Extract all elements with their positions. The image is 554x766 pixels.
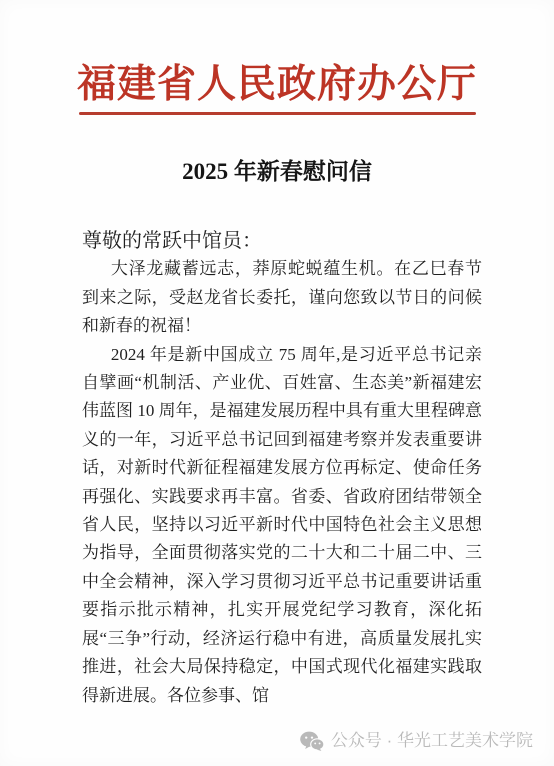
wechat-icon [300, 731, 324, 751]
doc-title: 2025 年新春慰问信 [0, 156, 554, 188]
letterhead-rule [79, 112, 476, 115]
watermark: 公众号 · 华光工艺美术学院 [300, 730, 533, 752]
paragraph-review: 2024 年是新中国成立 75 周年,是习近平总书记亲自擘画“机制活、产业优、百… [82, 341, 482, 710]
salutation: 尊敬的常跃中馆员： [82, 227, 482, 255]
letter-page: 福建省人民政府办公厅 2025 年新春慰问信 尊敬的常跃中馆员： 大泽龙藏蓄远志… [0, 0, 554, 766]
watermark-text: 公众号 · 华光工艺美术学院 [331, 730, 533, 752]
org-name: 福建省人民政府办公厅 [0, 60, 554, 110]
letter-body: 尊敬的常跃中馆员： 大泽龙藏蓄远志，莽原蛇蜕蕴生机。在乙巳春节到来之际，受赵龙省… [82, 227, 482, 710]
paragraph-greeting: 大泽龙藏蓄远志，莽原蛇蜕蕴生机。在乙巳春节到来之际，受赵龙省长委托，谨向您致以节… [82, 255, 482, 340]
